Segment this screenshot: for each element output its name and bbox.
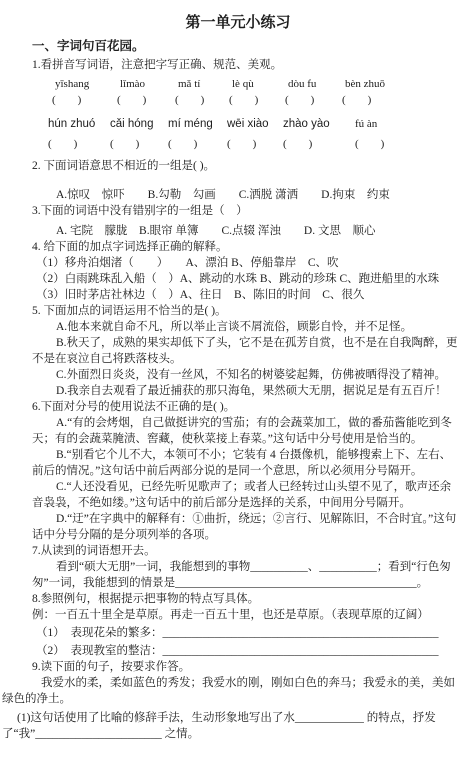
q9-stem: 9.读下面的句子，按要求作答。 [32,659,462,675]
q6-option-b: B.“别看它个儿不大，本领可不小；它装有 4 台摄像机，能够搜索上下、左右、前后… [32,447,462,479]
pinyin-cell: cǎi hóng [110,116,168,132]
q2-stem: 2. 下面词语意思不相近的一组是( )。 [32,158,462,174]
pinyin-row-1: yīshang lǐmào mǎ tí lè qù dòu fu bèn zhu… [55,76,462,92]
q4-item-1: （1）移舟泊烟渚（ ） A、漂泊 B、停船靠岸 C、吹 [32,255,462,271]
q2-options: A.惊叹 惊吓 B.勾勒 勾画 C.洒脱 潇洒 D.拘束 约束 [32,187,462,203]
q7-fill-in-text: 看到“硕大无朋”一词，我能想到的事物__________、__________；… [32,559,462,591]
worksheet-page: 第一单元小练习 一、字词句百花园。 1.看拼音写词语，注意把字写正确、规范、美观… [0,0,476,766]
q9-sub-question: (1)这句话使用了比喻的修辞手法，生动形象地写出了水____________ 的… [2,710,462,742]
q7-stem: 7.从读到的词语想开去。 [32,543,462,559]
q5-option-b: B.秋天了，成熟的果实却低下了头，它不是在孤芳自赏，也不是在自我陶醉，更不是在哀… [32,335,462,367]
q5-option-a: A.他本来就自命不凡，所以举止言谈不屑流俗，顾影自怜，并不足怪。 [32,319,462,335]
q6-option-d: D.“迂”在字典中的解释有：①曲折，绕远；②言行、见解陈旧，不合时宜。”这句话中… [32,511,462,543]
q6-option-a: A.“有的会烤烟，自己做挺讲究的雪茄；有的会蔬菜加工，做的番茄酱能吃到冬天；有的… [32,415,462,447]
pinyin-cell: lè qù [232,76,288,92]
paren-cell: ( ) [285,92,342,108]
answer-paren-row-1: ( ) ( ) ( ) ( ) ( ) ( ) [52,92,462,108]
q8-item-2: （2） 表现教室的整洁：____________________________… [32,643,462,659]
paren-cell: ( ) [110,136,168,152]
q9-block: 我爱水的柔，柔如蓝色的秀发；我爱水的刚，刚如白色的奔马；我爱永的美，美如绿色的净… [2,675,462,742]
paren-cell: ( ) [227,136,283,152]
page-title: 第一单元小练习 [32,12,444,34]
q5-stem: 5. 下面加点的词语运用不恰当的是( )。 [32,303,462,319]
q6-option-c: C.“人还没看见，已经先听见歌声了；或者人已经转过山头望不见了，歌声还余音袅袅，… [32,479,462,511]
pinyin-cell: hún zhuó [48,116,110,132]
pinyin-cell: wēi xiào [227,116,283,132]
paren-cell: ( ) [48,136,110,152]
paren-cell: ( ) [52,92,117,108]
q3-options: A. 宅院 朦胧 B.眼帘 单簿 C.点辍 浑浊 D. 文思 顺心 [32,223,462,239]
q5-option-c: C.外面烈日炎炎，没有一丝风，不知名的树婆娑起舞，仿佛被晒得没了精神。 [32,367,462,383]
pinyin-row-2: hún zhuó cǎi hóng mí méng wēi xiào zhào … [48,116,462,132]
section-heading: 一、字词句百花园。 [32,38,462,55]
pinyin-cell: lǐmào [120,76,178,92]
pinyin-cell: dòu fu [288,76,345,92]
q4-item-2: （2）白雨跳珠乱入船（ ）A、跳动的水珠 B、跳动的珍珠 C、跑进船里的水珠 [32,271,462,287]
pinyin-cell: zhào yào [283,116,345,132]
q8-item-1: （1） 表现花朵的繁多：____________________________… [32,625,462,641]
q6-stem: 6.下面对分号的使用说法不正确的是( )。 [32,399,462,415]
q8-stem: 8.参照例句，根据提示把事物的特点写具体。 [32,591,462,607]
q3-stem: 3.下面的词语中没有错别字的一组是（ ） [32,203,462,219]
paren-cell: ( ) [342,92,402,108]
paren-cell: ( ) [345,136,405,152]
answer-paren-row-2: ( ) ( ) ( ) ( ) ( ) ( ) [48,136,462,152]
pinyin-cell: yīshang [55,76,120,92]
paren-cell: ( ) [168,136,227,152]
pinyin-cell: mí méng [168,116,227,132]
q1-stem: 1.看拼音写词语，注意把字写正确、规范、美观。 [32,57,462,73]
paren-cell: ( ) [283,136,345,152]
paren-cell: ( ) [117,92,175,108]
pinyin-cell: bèn zhuō [345,76,405,92]
pinyin-cell: mǎ tí [178,76,232,92]
pinyin-cell: fú àn [345,116,405,132]
q4-stem: 4. 给下面的加点字词选择正确的解释。 [32,239,462,255]
q5-option-d: D.我亲自去观看了最近捕获的那只海龟，果然硕大无朋，据说足是有五百斤！ [32,383,462,399]
paren-cell: ( ) [229,92,285,108]
paren-cell: ( ) [175,92,229,108]
q4-item-3: （3）旧时茅店社林边（ ）A、往日 B、陈旧的时间 C、很久 [32,287,462,303]
q8-example: 例：一百五十里全是草原。再走一百五十里，也还是草原。（表现草原的辽阔） [32,607,462,623]
q9-passage: 我爱水的柔，柔如蓝色的秀发；我爱水的刚，刚如白色的奔马；我爱永的美，美如绿色的净… [2,675,462,707]
